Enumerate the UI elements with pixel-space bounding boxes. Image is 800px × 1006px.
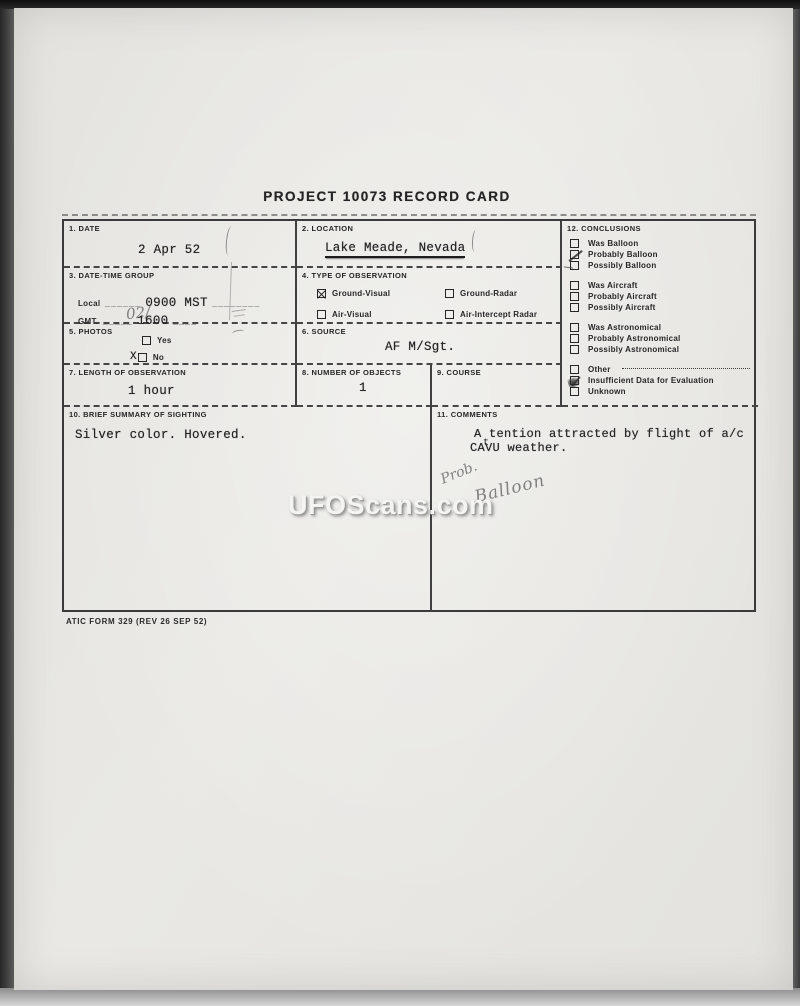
conclusion-item: Probably Balloon (570, 249, 754, 260)
observation-option: Air-Visual (317, 310, 372, 319)
scan-edge-bottom (0, 988, 800, 1006)
observation-option: Air-Intercept Radar (445, 310, 537, 319)
checkbox-icon (138, 353, 147, 362)
conclusion-item: Was Aircraft (570, 280, 754, 291)
photos-yes-label: Yes (157, 336, 172, 345)
field-datetime-label: 3. DATE-TIME GROUP (69, 271, 154, 280)
datetime-local-row: Local ______ 0900 MST ________ (78, 293, 260, 311)
field-number-of-objects: 8. NUMBER OF OBJECTS 1 (297, 365, 432, 407)
photos-no-label: No (153, 353, 164, 362)
conclusion-label: Possibly Aircraft (588, 303, 656, 312)
form-number: ATIC FORM 329 (REV 26 SEP 52) (66, 617, 207, 626)
conclusion-item: Probably Astronomical (570, 333, 754, 344)
photos-yes-option: Yes (142, 336, 172, 345)
field-length-of-observation: 7. LENGTH OF OBSERVATION 1 hour (64, 365, 297, 407)
conclusions-list: Was Balloon Probably Balloon Possibly Ba… (570, 238, 754, 406)
conclusion-item: Was Astronomical (570, 322, 754, 333)
rule-dashes: ________ (212, 298, 260, 308)
field-type-of-observation: 4. TYPE OF OBSERVATION Ground-Visual Gro… (297, 268, 562, 324)
local-value: 0900 MST (145, 296, 207, 310)
conclusion-label: Probably Astronomical (588, 334, 681, 343)
conclusion-label: Possibly Astronomical (588, 345, 679, 354)
field-course-label: 9. COURSE (437, 368, 481, 377)
local-label: Local (78, 299, 100, 308)
checkbox-icon (570, 239, 579, 248)
conclusion-item: Possibly Balloon (570, 260, 754, 271)
checkbox-icon (570, 334, 579, 343)
conclusion-label: Unknown (588, 387, 626, 396)
conclusion-item: Possibly Astronomical (570, 344, 754, 355)
checkbox-icon (570, 387, 579, 396)
conclusions-group-other: Other Insufficient Data for Evaluation U… (570, 364, 754, 397)
field-observation-label: 4. TYPE OF OBSERVATION (302, 271, 407, 280)
observation-option-label: Air-Intercept Radar (460, 310, 537, 319)
field-summary-value: Silver color. Hovered. (75, 428, 247, 442)
conclusion-label: Was Balloon (588, 239, 638, 248)
observation-option: Ground-Radar (445, 289, 517, 298)
field-summary-label: 10. BRIEF SUMMARY OF SIGHTING (69, 410, 207, 419)
photos-no-option: X No (130, 351, 164, 363)
scan-edge-left (0, 0, 15, 1006)
field-course: 9. COURSE (432, 365, 562, 407)
field-source-value: AF M/Sgt. (385, 340, 455, 354)
comments-line-1: A tention attracted by flight of a/c (474, 427, 744, 441)
field-comments-label: 11. COMMENTS (437, 410, 498, 419)
conclusion-label: Insufficient Data for Evaluation (588, 376, 714, 385)
observation-option-label: Ground-Radar (460, 289, 517, 298)
conclusion-label: Was Aircraft (588, 281, 638, 290)
conclusion-item: Insufficient Data for Evaluation (570, 375, 754, 386)
record-card: 1. DATE 2 Apr 52 2. LOCATION Lake Meade,… (62, 219, 756, 612)
checkbox-icon (570, 345, 579, 354)
field-source: 6. SOURCE AF M/Sgt. (297, 324, 562, 365)
field-length-value: 1 hour (128, 384, 175, 398)
field-location-value: Lake Meade, Nevada (325, 241, 465, 258)
handwritten-mark (564, 266, 573, 269)
field-conclusions: 12. CONCLUSIONS Was Balloon Probably Bal… (562, 221, 758, 407)
typed-x-mark: X (130, 351, 137, 363)
observation-option-label: Ground-Visual (332, 289, 390, 298)
conclusion-label: Probably Aircraft (588, 292, 657, 301)
checkbox-icon (142, 336, 151, 345)
conclusion-item: Possibly Aircraft (570, 302, 754, 313)
field-location: 2. LOCATION Lake Meade, Nevada (297, 221, 562, 268)
field-source-label: 6. SOURCE (302, 327, 346, 336)
comments-line-2: CAVU weather. (470, 441, 568, 455)
checkbox-icon (570, 365, 579, 374)
watermark: UFOScans.com (288, 490, 494, 521)
handwritten-note: Prob. (438, 458, 479, 487)
checkbox-icon (570, 250, 579, 259)
checkbox-icon (570, 376, 579, 385)
conclusion-item: Was Balloon (570, 238, 754, 249)
conclusion-label: Was Astronomical (588, 323, 661, 332)
conclusion-label: Probably Balloon (588, 250, 658, 259)
checkbox-icon (570, 292, 579, 301)
conclusions-group-aircraft: Was Aircraft Probably Aircraft Possibly … (570, 280, 754, 313)
field-photos-label: 5. PHOTOS (69, 327, 112, 336)
conclusion-label: Other (588, 365, 611, 374)
checkbox-icon (570, 281, 579, 290)
checkbox-icon (317, 289, 326, 298)
conclusion-label: Possibly Balloon (588, 261, 656, 270)
document-title: PROJECT 10073 RECORD CARD (40, 189, 734, 204)
dotted-leader (622, 368, 750, 369)
checkbox-icon (570, 303, 579, 312)
gmt-handwritten-value: 02/ (125, 303, 151, 323)
conclusion-item: Probably Aircraft (570, 291, 754, 302)
field-length-label: 7. LENGTH OF OBSERVATION (69, 368, 186, 377)
observation-option-label: Air-Visual (332, 310, 372, 319)
checkbox-icon (317, 310, 326, 319)
handwritten-mark (234, 314, 245, 319)
conclusions-group-balloon: Was Balloon Probably Balloon Possibly Ba… (570, 238, 754, 271)
checkbox-icon (570, 323, 579, 332)
field-date-label: 1. DATE (69, 224, 100, 233)
field-photos: 5. PHOTOS Yes X No (64, 324, 297, 365)
observation-option: Ground-Visual (317, 289, 390, 298)
checkbox-icon (445, 289, 454, 298)
checkbox-icon (445, 310, 454, 319)
field-datetime-group: 3. DATE-TIME GROUP Local ______ 0900 MST… (64, 268, 297, 324)
field-date-value: 2 Apr 52 (138, 243, 200, 257)
double-rule (62, 214, 756, 216)
field-location-label: 2. LOCATION (302, 224, 353, 233)
field-date: 1. DATE 2 Apr 52 (64, 221, 297, 268)
field-number-value: 1 (359, 381, 367, 395)
conclusions-group-astronomical: Was Astronomical Probably Astronomical P… (570, 322, 754, 355)
field-number-label: 8. NUMBER OF OBJECTS (302, 368, 401, 377)
field-conclusions-label: 12. CONCLUSIONS (567, 224, 641, 233)
conclusion-item: Unknown (570, 386, 754, 397)
checkbox-icon (570, 261, 579, 270)
conclusion-item: Other (570, 364, 754, 375)
